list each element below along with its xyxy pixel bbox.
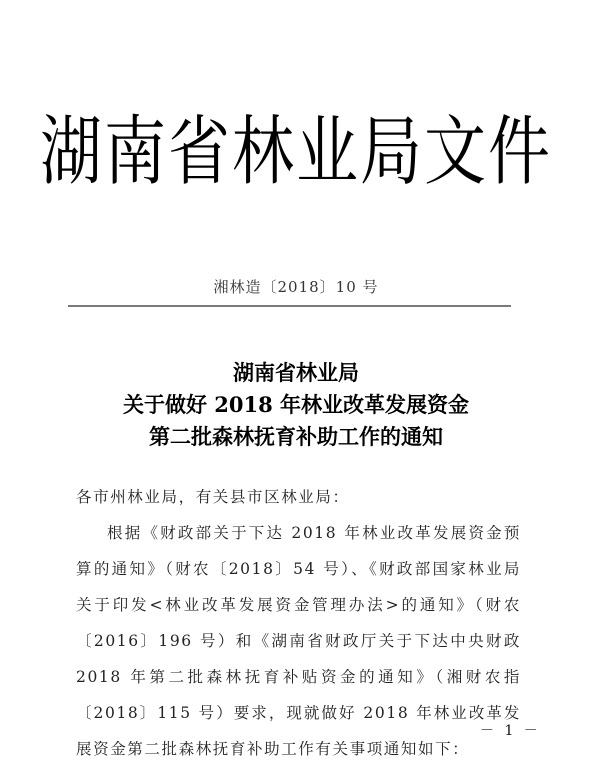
notice-title-line-1: 湖南省林业局 — [0, 357, 592, 389]
salutation: 各市州林业局，有关县市区林业局： — [76, 479, 521, 515]
header-divider — [68, 305, 511, 307]
body-paragraph: 根据《财政部关于下达 2018 年林业改革发展资金预算的通知》（财农〔2018〕… — [76, 515, 521, 764]
page-number: － 1 － — [480, 720, 541, 740]
notice-title: 湖南省林业局 关于做好 2018 年林业改革发展资金 第二批森林抚育补助工作的通… — [0, 357, 592, 453]
document-header-title: 湖南省林业局文件 — [0, 103, 592, 201]
document-body: 各市州林业局，有关县市区林业局： 根据《财政部关于下达 2018 年林业改革发展… — [76, 479, 521, 764]
notice-title-line-3: 第二批森林抚育补助工作的通知 — [0, 421, 592, 453]
notice-title-line-2: 关于做好 2018 年林业改革发展资金 — [0, 389, 592, 421]
document-number: 湘林造〔2018〕10 号 — [0, 276, 592, 297]
